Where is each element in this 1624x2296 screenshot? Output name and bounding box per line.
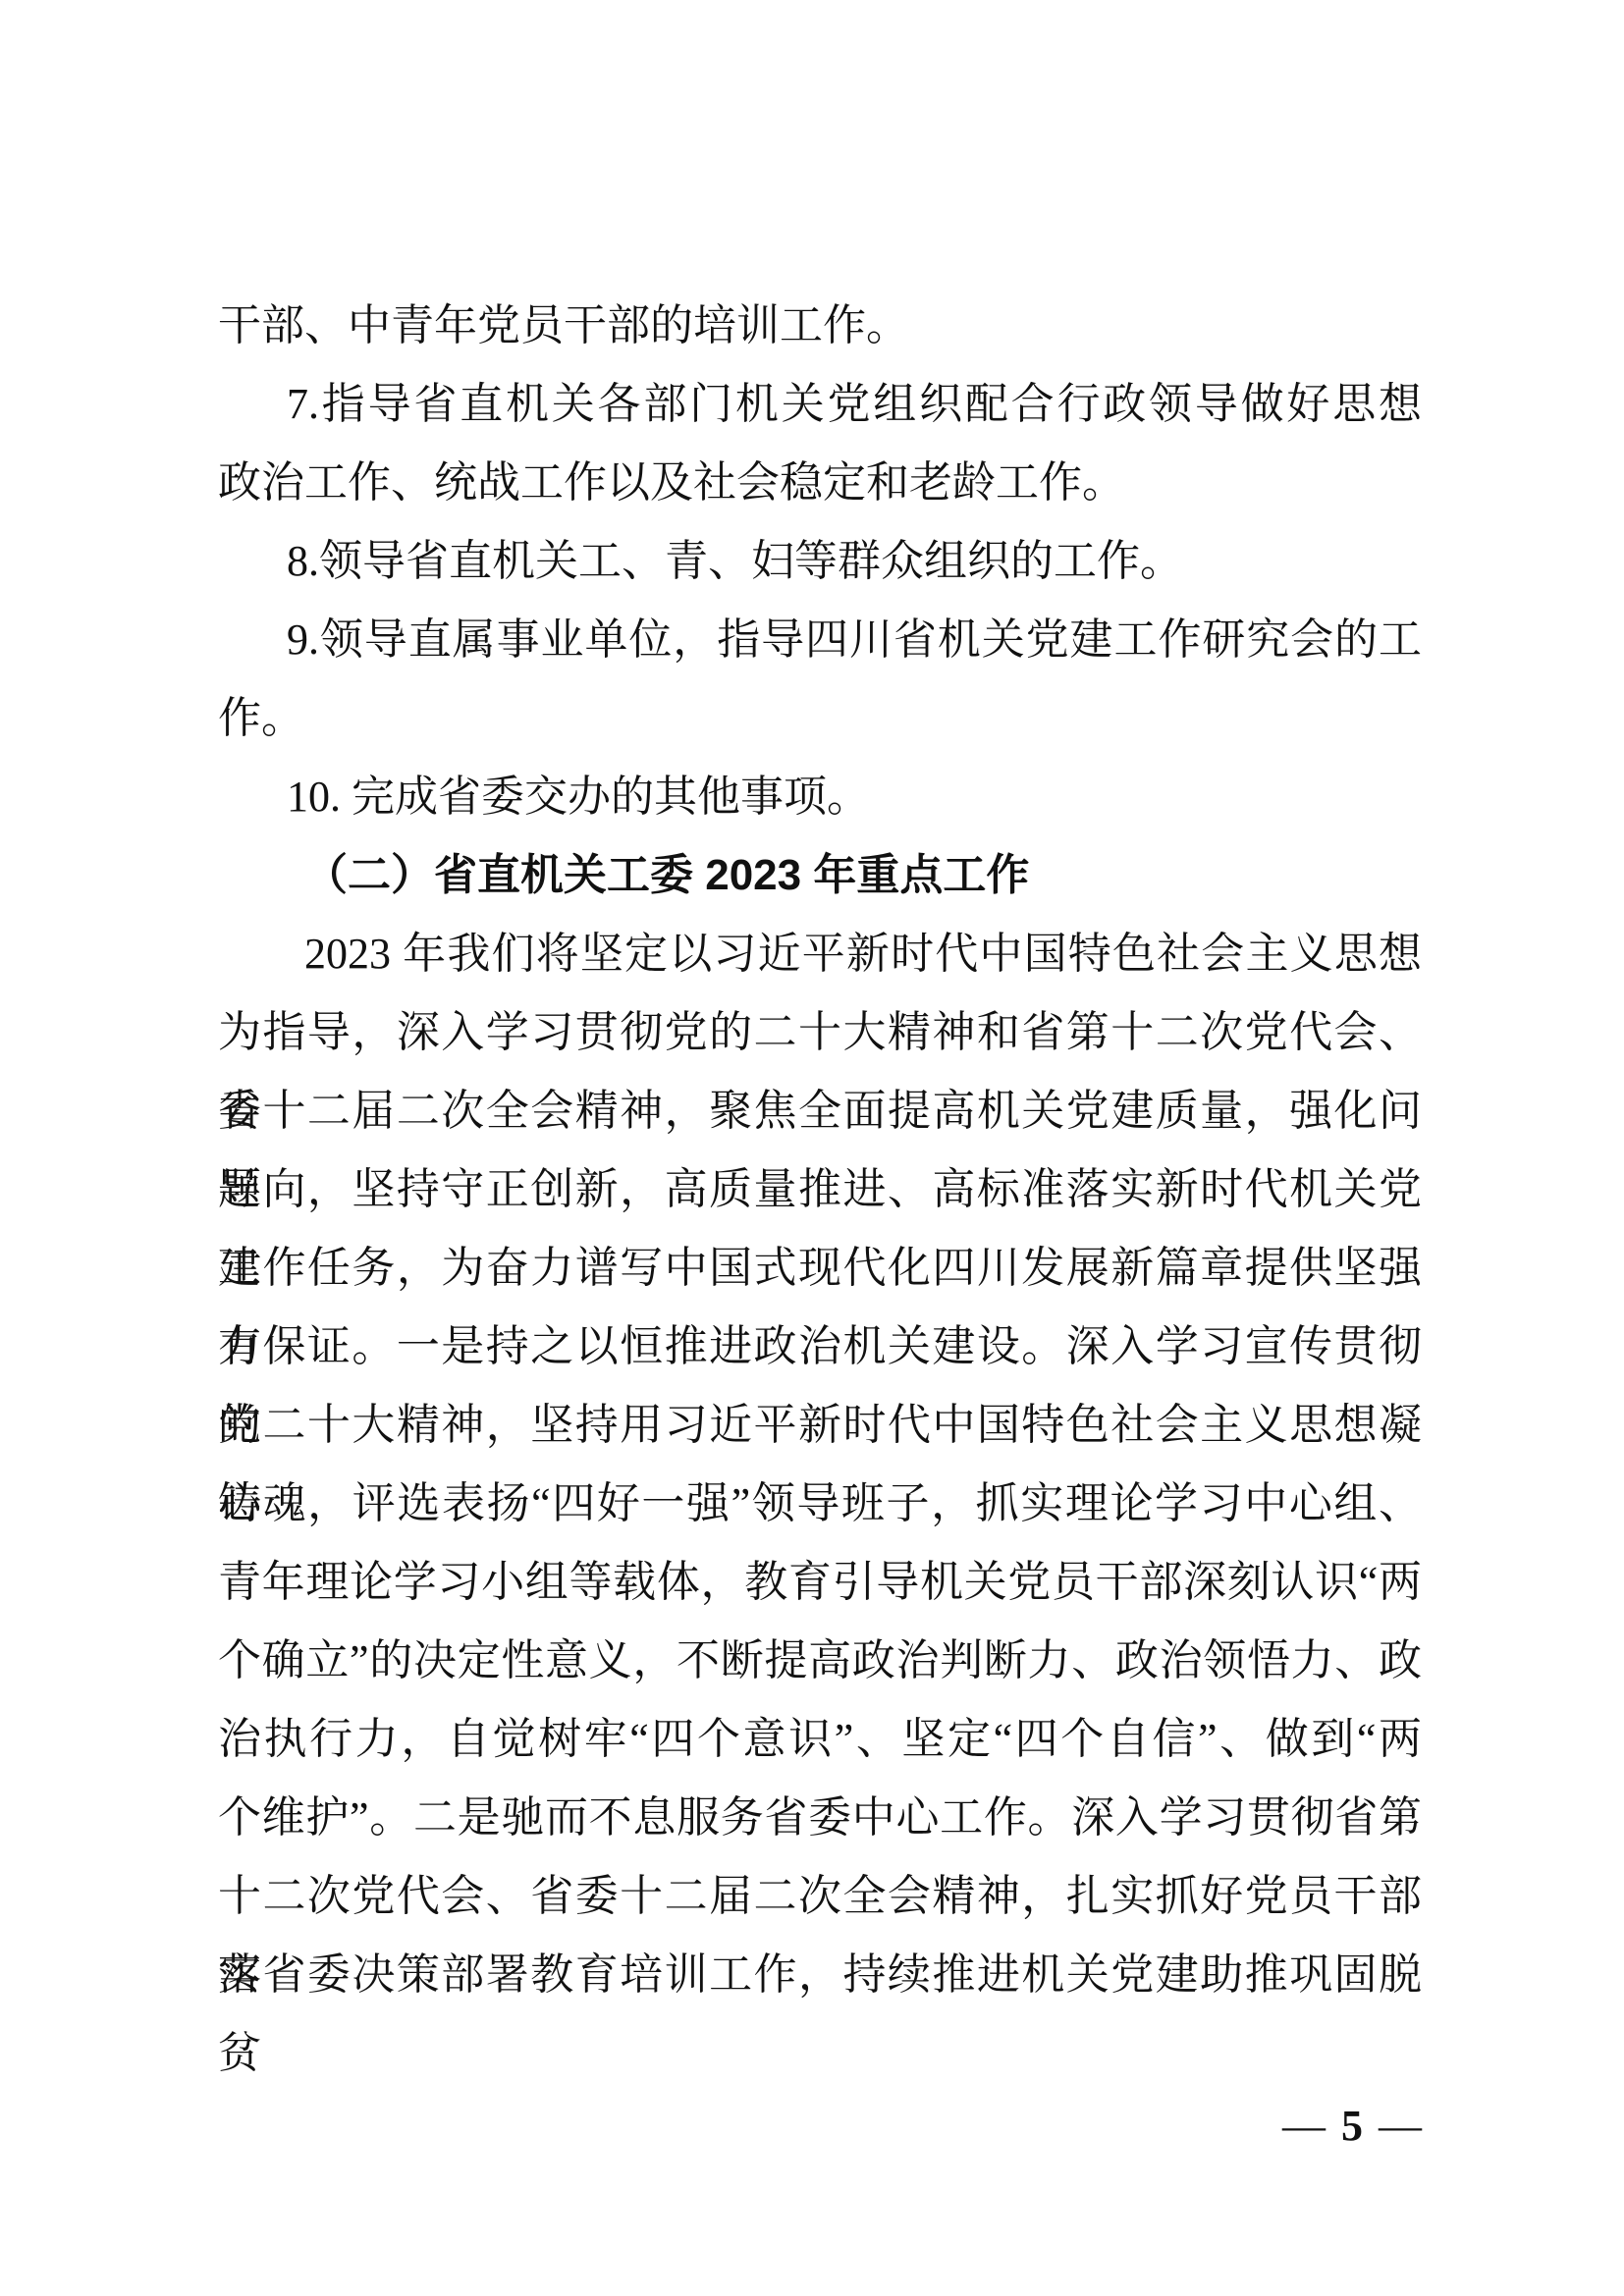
text-line: 干部、中青年党员干部的培训工作。 <box>218 287 1422 365</box>
text-line: 导向，坚持守正创新，高质量推进、高标准落实新时代机关党建 <box>218 1150 1422 1229</box>
text-line: 为指导，深入学习贯彻党的二十大精神和省第十二次党代会、省 <box>218 993 1422 1072</box>
text-line: 力保证。一是持之以恒推进政治机关建设。深入学习宣传贯彻党 <box>218 1308 1422 1386</box>
text-line: 9.领导直属事业单位，指导四川省机关党建工作研究会的工 <box>218 601 1422 679</box>
text-line: 个维护”。二是驰而不息服务省委中心工作。深入学习贯彻省第 <box>218 1779 1422 1857</box>
text-line: 委十二届二次全会精神，聚焦全面提高机关党建质量，强化问题 <box>218 1072 1422 1150</box>
text-line: 7.指导省直机关各部门机关党组织配合行政领导做好思想 <box>218 365 1422 444</box>
text-line: 实省委决策部署教育培训工作，持续推进机关党建助推巩固脱贫 <box>218 1936 1422 2014</box>
text-line: 8.领导省直机关工、青、妇等群众组织的工作。 <box>218 522 1422 601</box>
text-line: 作。 <box>218 679 1422 758</box>
text-line: 的二十大精神，坚持用习近平新时代中国特色社会主义思想凝心 <box>218 1386 1422 1465</box>
page-number-dash-right: — <box>1379 2102 1422 2150</box>
text-line: 治执行力，自觉树牢“四个意识”、坚定“四个自信”、做到“两 <box>218 1700 1422 1779</box>
text-line: 青年理论学习小组等载体，教育引导机关党员干部深刻认识“两 <box>218 1543 1422 1622</box>
document-page: 干部、中青年党员干部的培训工作。 7.指导省直机关各部门机关党组织配合行政领导做… <box>0 0 1624 2296</box>
text-line: 铸魂，评选表扬“四好一强”领导班子，抓实理论学习中心组、 <box>218 1465 1422 1543</box>
section-heading: （二）省直机关工委 2023 年重点工作 <box>218 836 1422 915</box>
document-body: 干部、中青年党员干部的培训工作。 7.指导省直机关各部门机关党组织配合行政领导做… <box>218 287 1422 2014</box>
text-line: 个确立”的决定性意义，不断提高政治判断力、政治领悟力、政 <box>218 1622 1422 1700</box>
page-number: —5— <box>1282 2095 1422 2158</box>
page-number-dash-left: — <box>1282 2102 1326 2150</box>
text-line: 政治工作、统战工作以及社会稳定和老龄工作。 <box>218 444 1422 522</box>
page-number-value: 5 <box>1341 2102 1363 2150</box>
text-line: 工作任务，为奋力谱写中国式现代化四川发展新篇章提供坚强有 <box>218 1229 1422 1308</box>
text-line: 10. 完成省委交办的其他事项。 <box>218 758 1422 836</box>
text-line: 十二次党代会、省委十二届二次全会精神，扎实抓好党员干部落 <box>218 1857 1422 1936</box>
text-line: 2023 年我们将坚定以习近平新时代中国特色社会主义思想 <box>218 915 1422 993</box>
